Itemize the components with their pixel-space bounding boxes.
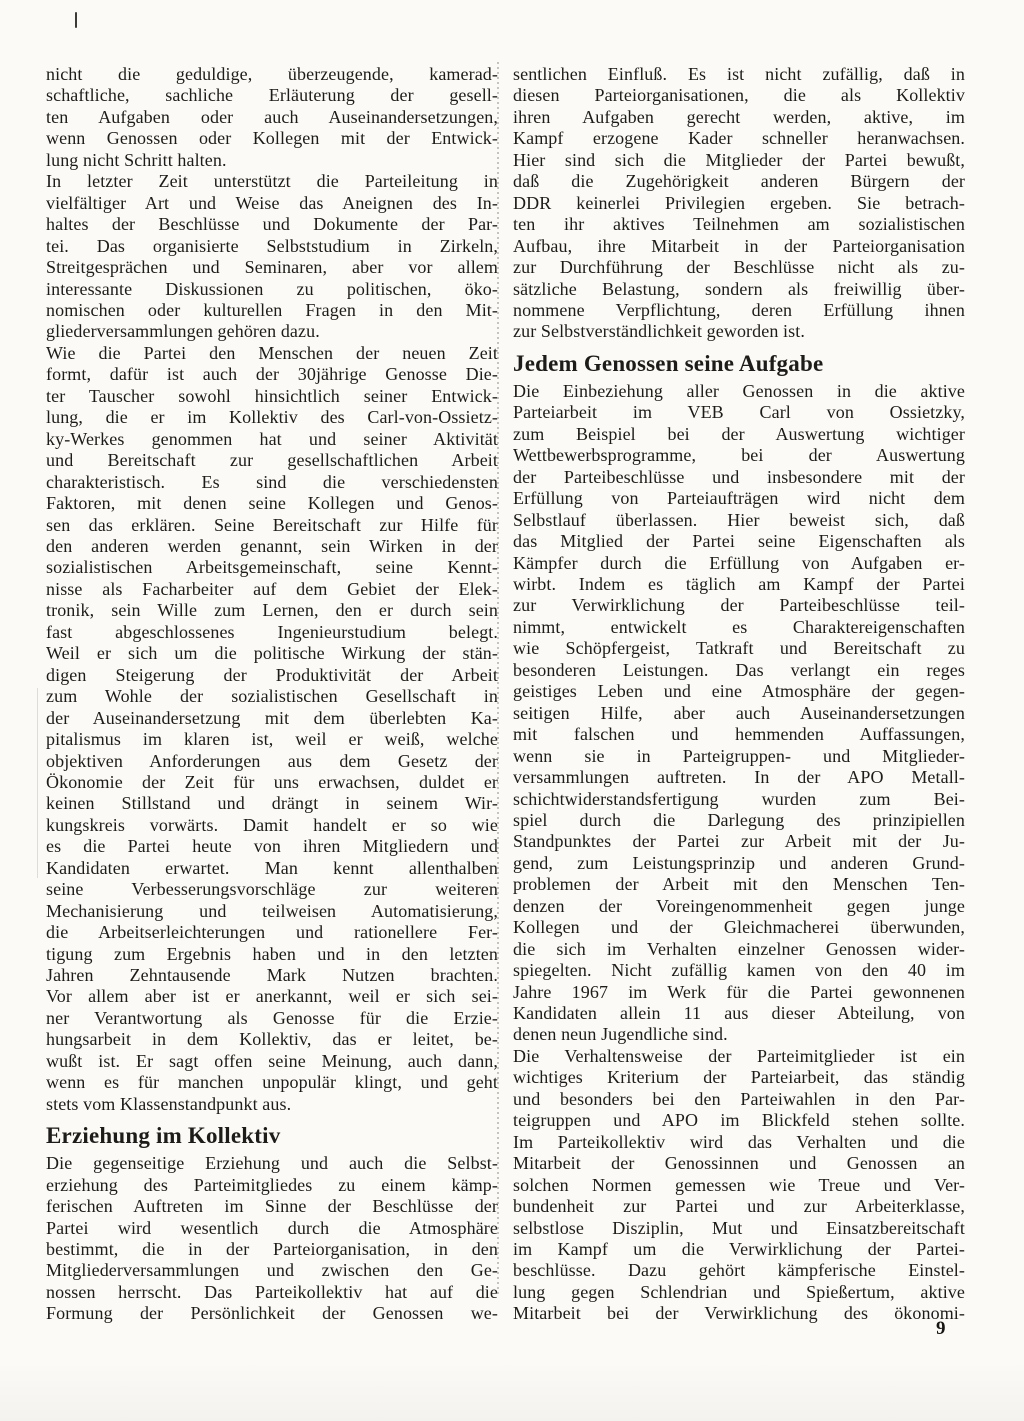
text-line: hungsarbeit in dem Kollektiv, das er lei… <box>46 1029 498 1050</box>
text-line: Weil er sich um die politische Wirkung d… <box>46 643 498 664</box>
text-line: tronik, sein Wille zum Lernen, den er du… <box>46 600 498 621</box>
text-line: und besonders bei den Parteiwahlen in de… <box>513 1089 965 1110</box>
text-line: Streitgesprächen und Seminaren, aber vor… <box>46 257 498 278</box>
text-line: sätzliche Belastung, sondern als freiwil… <box>513 279 965 300</box>
text-line: Wettbewerbsprogramme, bei der Auswertung <box>513 445 965 466</box>
text-line: Kollegen und der Gleichmacherei überwund… <box>513 917 965 938</box>
text-line: Kampf erzogene Kader schneller heranwach… <box>513 128 965 149</box>
text-line: der Parteibeschlüsse und insbesondere mi… <box>513 467 965 488</box>
text-line: zur Durchführung der Beschlüsse nicht al… <box>513 257 965 278</box>
text-line: objektiven Anforderungen aus dem Gesetz … <box>46 751 498 772</box>
text-line: Im Parteikollektiv wird das Verhalten un… <box>513 1132 965 1153</box>
text-line: denzen der Voreingenommenheit gegen jung… <box>513 896 965 917</box>
text-line: ihren Aufgaben gerecht werden, aktive, i… <box>513 107 965 128</box>
text-line: den anderen werden genannt, sein Wirken … <box>46 536 498 557</box>
text-line: Mitarbeit bei der Verwirklichung des öko… <box>513 1303 965 1324</box>
text-line: nimmt, entwickelt es Charaktereigenschaf… <box>513 617 965 638</box>
text-line: sen das erklären. Seine Bereitschaft zur… <box>46 515 498 536</box>
document-page: nicht die geduldige, überzeugende, kamer… <box>0 0 1024 1421</box>
text-line: sozialistischen Arbeitsgemeinschaft, sei… <box>46 557 498 578</box>
section-heading: Jedem Genossen seine Aufgabe <box>513 350 965 377</box>
text-line: solchen Normen gemessen wie Treue und Ve… <box>513 1175 965 1196</box>
text-line: erziehung des Parteimitgliedes zu einem … <box>46 1175 498 1196</box>
text-line: digen Steigerung der Produktivität der A… <box>46 665 498 686</box>
text-line: zum Beispiel bei der Auswertung wichtige… <box>513 424 965 445</box>
left-column: nicht die geduldige, überzeugende, kamer… <box>46 64 498 1325</box>
text-line: diesen Parteiorganisationen, die als Kol… <box>513 85 965 106</box>
text-line: wußt ist. Er sagt offen seine Meinung, a… <box>46 1051 498 1072</box>
text-line: nomischen oder kulturellen Fragen in den… <box>46 300 498 321</box>
text-line: zum Wohle der sozialistischen Gesellscha… <box>46 686 498 707</box>
text-line: es die Partei heute von ihren Mitglieder… <box>46 836 498 857</box>
text-line: seine Verbesserungsvorschläge zur weiter… <box>46 879 498 900</box>
text-line: pitalismus im klaren ist, weil er weiß, … <box>46 729 498 750</box>
text-line: wie Schöpfergeist, Tatkraft und Bereitsc… <box>513 638 965 659</box>
text-line: Die Verhaltensweise der Parteimitglieder… <box>513 1046 965 1067</box>
text-line: besonderen Leistungen. Das verlangt ein … <box>513 660 965 681</box>
paragraph: In letzter Zeit unterstützt die Parteile… <box>46 171 498 343</box>
text-line: In letzter Zeit unterstützt die Parteile… <box>46 171 498 192</box>
text-line: Ökonomie der Zeit für uns erwachsen, dul… <box>46 772 498 793</box>
text-line: der Auseinandersetzung mit dem überlebte… <box>46 708 498 729</box>
text-line: lung gegen Schlendrian und Spießertum, a… <box>513 1282 965 1303</box>
text-line: Selbstlauf überlassen. Hier beweist sich… <box>513 510 965 531</box>
text-line: ner Verantwortung als Genosse für die Er… <box>46 1008 498 1029</box>
text-line: formt, dafür ist auch der 30jährige Geno… <box>46 364 498 385</box>
text-line: tigung zum Ergebnis haben und in den let… <box>46 944 498 965</box>
text-line: das Mitglied der Partei seine Eigenschaf… <box>513 531 965 552</box>
text-line: wichtiges Kriterium der Parteiarbeit, da… <box>513 1067 965 1088</box>
text-line: Parteiarbeit im VEB Carl von Ossietzky, <box>513 402 965 423</box>
text-line: DDR keinerlei Privilegien ergeben. Sie b… <box>513 193 965 214</box>
gutter-microtext-artifact <box>497 62 499 1294</box>
text-line: mit falschen und hemmenden Auffassungen, <box>513 724 965 745</box>
paragraph: Die Verhaltensweise der Parteimitglieder… <box>513 1046 965 1325</box>
text-line: charakteristisch. Es sind die verschiede… <box>46 472 498 493</box>
text-line: vielfältiger Art und Weise das Aneignen … <box>46 193 498 214</box>
text-line: bundenheit zur Partei und zur Arbeiterkl… <box>513 1196 965 1217</box>
text-line: wirbt. Indem es täglich am Kampf der Par… <box>513 574 965 595</box>
paragraph: sentlichen Einfluß. Es ist nicht zufälli… <box>513 64 965 343</box>
text-line: Mechanisierung und teilweisen Automatisi… <box>46 901 498 922</box>
text-line: Kandidaten erwartet. Man kennt allenthal… <box>46 858 498 879</box>
text-line: wenn es für manchen unpopulär klingt, un… <box>46 1072 498 1093</box>
text-line: kungskreis vorwärts. Damit handelt er so… <box>46 815 498 836</box>
text-line: Erfüllung von Parteiaufträgen wird nicht… <box>513 488 965 509</box>
text-line: nossen herrscht. Das Parteikollektiv hat… <box>46 1282 498 1303</box>
text-line: fast abgeschlossenes Ingenieurstudium be… <box>46 622 498 643</box>
text-line: Vor allem aber ist er anerkannt, weil er… <box>46 986 498 1007</box>
text-line: beschlüsse. Dazu gehört kämpferische Ein… <box>513 1260 965 1281</box>
text-line: Standpunktes der Partei zur Arbeit mit d… <box>513 831 965 852</box>
text-line: Aufbau, ihre Mitarbeit in der Parteiorga… <box>513 236 965 257</box>
text-line: schichtwiderstandsfertigung wurden zum B… <box>513 789 965 810</box>
text-line: Faktoren, mit denen seine Kollegen und G… <box>46 493 498 514</box>
text-line: lung, die er im Kollektiv des Carl-von-O… <box>46 407 498 428</box>
paragraph: Die gegenseitige Erziehung und auch die … <box>46 1153 498 1325</box>
text-line: haltes der Beschlüsse und Dokumente der … <box>46 214 498 235</box>
scan-scratch-artifact <box>37 688 38 878</box>
text-line: geistiges Leben und eine Atmosphäre der … <box>513 681 965 702</box>
text-line: Formung der Persönlichkeit der Genossen … <box>46 1303 498 1324</box>
scan-edge-tone <box>0 1361 1024 1421</box>
text-line: lung nicht Schritt halten. <box>46 150 498 171</box>
right-column: sentlichen Einfluß. Es ist nicht zufälli… <box>513 64 965 1325</box>
text-line: Kandidaten allein 11 aus dieser Abteilun… <box>513 1003 965 1024</box>
text-line: stets vom Klassenstandpunkt aus. <box>46 1094 498 1115</box>
text-line: zur Selbstverständlichkeit geworden ist. <box>513 321 965 342</box>
text-line: keinen Stillstand und drängt in seinem W… <box>46 793 498 814</box>
text-line: seitigen Hilfe, aber auch Auseinanderset… <box>513 703 965 724</box>
text-line: tei. Das organisierte Selbststudium in Z… <box>46 236 498 257</box>
paragraph: nicht die geduldige, überzeugende, kamer… <box>46 64 498 171</box>
text-line: spiel durch die Darlegung des prinzipiel… <box>513 810 965 831</box>
text-line: interessante Diskussionen zu politischen… <box>46 279 498 300</box>
text-line: sentlichen Einfluß. Es ist nicht zufälli… <box>513 64 965 85</box>
text-line: Jahren Zehntausende Mark Nutzen brachten… <box>46 965 498 986</box>
text-line: Hier sind sich die Mitglieder der Partei… <box>513 150 965 171</box>
text-line: selbstlose Disziplin, Mut und Einsatzber… <box>513 1218 965 1239</box>
text-line: denen neun Jugendliche sind. <box>513 1024 965 1045</box>
text-line: und Bereitschaft zur gesellschaftlichen … <box>46 450 498 471</box>
section-heading: Erziehung im Kollektiv <box>46 1122 498 1149</box>
registration-mark <box>75 12 77 28</box>
text-line: zur Verwirklichung der Parteibeschlüsse … <box>513 595 965 616</box>
text-line: teigruppen und APO im Blickfeld stehen s… <box>513 1110 965 1131</box>
text-line: spiegelten. Nicht zufällig kamen von den… <box>513 960 965 981</box>
text-line: ter Tauscher sowohl hinsichtlich seiner … <box>46 386 498 407</box>
text-line: Mitgliederversammlungen und zwischen den… <box>46 1260 498 1281</box>
text-line: nommene Verpflichtung, deren Erfüllung i… <box>513 300 965 321</box>
text-line: daß die Zugehörigkeit anderen Bürgern de… <box>513 171 965 192</box>
text-line: nicht die geduldige, überzeugende, kamer… <box>46 64 498 85</box>
text-line: Kämpfer durch die Erfüllung von Aufgaben… <box>513 553 965 574</box>
text-line: ten Aufgaben oder auch Auseinandersetzun… <box>46 107 498 128</box>
text-line: schaftliche, sachliche Erläuterung der g… <box>46 85 498 106</box>
text-line: gliederversammlungen gehören dazu. <box>46 321 498 342</box>
paragraph: Wie die Partei den Menschen der neuen Ze… <box>46 343 498 1115</box>
text-line: Wie die Partei den Menschen der neuen Ze… <box>46 343 498 364</box>
text-line: Mitarbeit der Genossinnen und Genossen a… <box>513 1153 965 1174</box>
text-line: Die Einbeziehung aller Genossen in die a… <box>513 381 965 402</box>
page-number: 9 <box>936 1318 946 1340</box>
text-line: bestimmt, die in der Parteiorganisation,… <box>46 1239 498 1260</box>
text-line: Die gegenseitige Erziehung und auch die … <box>46 1153 498 1174</box>
text-line: Partei wird wesentlich durch die Atmosph… <box>46 1218 498 1239</box>
text-line: wenn Genossen oder Kollegen mit der Entw… <box>46 128 498 149</box>
text-line: die sich im Verhalten einzelner Genossen… <box>513 939 965 960</box>
text-line: ky-Werkes genommen hat und seiner Aktivi… <box>46 429 498 450</box>
text-line: im Kampf um die Verwirklichung der Parte… <box>513 1239 965 1260</box>
text-line: Jahre 1967 im Werk für die Partei gewonn… <box>513 982 965 1003</box>
text-line: ten ihr aktives Teilnehmen am sozialisti… <box>513 214 965 235</box>
text-line: gend, zum Leistungsprinzip und anderen G… <box>513 853 965 874</box>
text-line: ferischen Auftreten im Sinne der Beschlü… <box>46 1196 498 1217</box>
text-line: wenn sie in Parteigruppen- und Mitgliede… <box>513 746 965 767</box>
paragraph: Die Einbeziehung aller Genossen in die a… <box>513 381 965 1046</box>
text-line: die Arbeitserleichterungen und rationell… <box>46 922 498 943</box>
text-line: versammlungen auftreten. In der APO Meta… <box>513 767 965 788</box>
text-line: problemen der Arbeit mit den Menschen Te… <box>513 874 965 895</box>
text-line: nisse als Facharbeiter auf dem Gebiet de… <box>46 579 498 600</box>
